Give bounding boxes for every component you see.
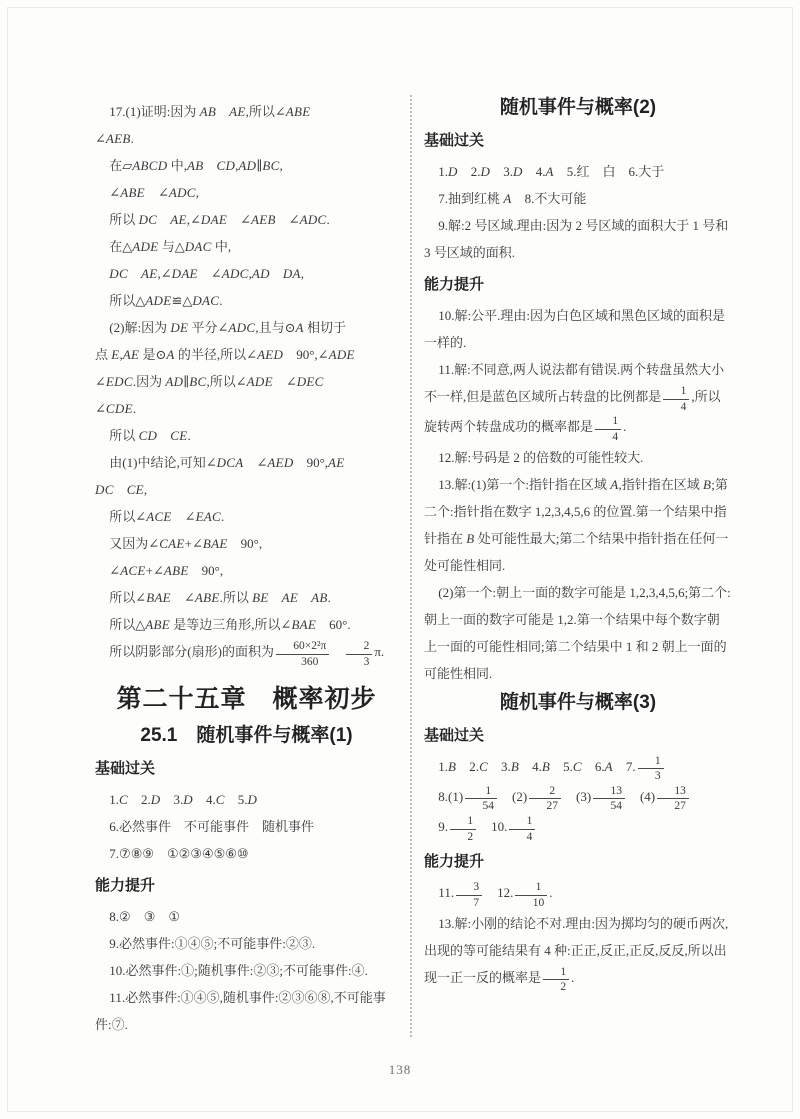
section-heading-25-1: 25.1 随机事件与概率(1) <box>95 724 398 748</box>
answer-line: 12.解:号码是 2 的倍数的可能性较大. <box>424 444 732 471</box>
fraction: 14 <box>595 415 621 443</box>
answer-line: 点 E,AE 是⊙A 的半径,所以∠AED 90°,∠ADE <box>95 341 398 368</box>
answer-book-page: 17.(1)证明:因为 AB AE,所以∠ABE∠AEB.在▱ABCD 中,AB… <box>0 0 800 1119</box>
page-number: 138 <box>0 1062 800 1078</box>
answer-line: 由(1)中结论,可知∠DCA ∠AED 90°,AE <box>95 449 398 476</box>
basic-answers-prob-2: 1.D 2.D 3.D 4.A 5.红 白 6.大于7.抽到红桃 A 8.不大可… <box>424 158 732 266</box>
basic-answers-25-1: 1.C 2.D 3.D 4.C 5.D6.必然事件 不可能事件 随机事件7.⑦⑧… <box>95 786 398 867</box>
answer-line: 在△ADE 与△DAC 中, <box>95 233 398 260</box>
answer-line: 所以∠ACE ∠EAC. <box>95 503 398 530</box>
answer-line: 1.D 2.D 3.D 4.A 5.红 白 6.大于 <box>424 158 732 185</box>
answer-line: ∠EDC.因为 AD∥BC,所以∠ADE ∠DEC <box>95 368 398 395</box>
fraction: 60×2²π360 <box>276 640 329 668</box>
fraction: 110 <box>515 881 547 909</box>
section-heading-prob-3: 随机事件与概率(3) <box>424 691 732 715</box>
answer-line: 所以阴影部分(扇形)的面积为60×2²π360 23π. <box>95 638 398 668</box>
answer-line: 10.解:公平.理由:因为白色区域和黑色区域的面积是一样的. <box>424 302 732 356</box>
column-divider <box>410 95 412 1037</box>
answer-line: 8.(1)154 (2)227 (3)1354 (4)1327 <box>424 783 732 813</box>
answer-line: 17.(1)证明:因为 AB AE,所以∠ABE <box>95 98 398 125</box>
ability-answers-25-1: 8.② ③ ①9.必然事件:①④⑤;不可能事件:②③.10.必然事件:①;随机事… <box>95 903 398 1038</box>
answer-line: 13.解:小刚的结论不对.理由:因为掷均匀的硬币两次,出现的等可能结果有 4 种… <box>424 910 732 994</box>
answer-line: (2)解:因为 DE 平分∠ADC,且与⊙A 相切于 <box>95 314 398 341</box>
answer-line: 11.37 12.110. <box>424 879 732 909</box>
answer-line: 所以△ADE≌△DAC. <box>95 287 398 314</box>
fraction: 12 <box>450 815 476 843</box>
ability-answers-prob-3: 11.37 12.110.13.解:小刚的结论不对.理由:因为掷均匀的硬币两次,… <box>424 879 732 994</box>
answer-line: ∠ACE+∠ABE 90°, <box>95 557 398 584</box>
ability-boost-heading: 能力提升 <box>95 875 398 897</box>
section-heading-prob-2: 随机事件与概率(2) <box>424 96 732 120</box>
answer-line: 9.12 10.14 <box>424 813 732 843</box>
answer-line: 13.解:(1)第一个:指针指在区域 A,指针指在区域 B;第二个:指针指在数字… <box>424 471 732 579</box>
fraction: 12 <box>543 966 569 994</box>
answer-line: 11.必然事件:①④⑤,随机事件:②③⑥⑧,不可能事件:⑦. <box>95 984 398 1038</box>
fraction: 13 <box>638 755 664 783</box>
answer-line: ∠CDE. <box>95 395 398 422</box>
answer-line: ∠AEB. <box>95 125 398 152</box>
answer-line: 9.解:2 号区域.理由:因为 2 号区域的面积大于 1 号和 3 号区域的面积… <box>424 212 732 266</box>
answer-line: 9.必然事件:①④⑤;不可能事件:②③. <box>95 930 398 957</box>
basic-pass-heading-2: 基础过关 <box>424 130 732 152</box>
answer-line: ∠ABE ∠ADC, <box>95 179 398 206</box>
ability-answers-prob-2: 10.解:公平.理由:因为白色区域和黑色区域的面积是一样的.11.解:不同意,两… <box>424 302 732 687</box>
chapter-heading: 第二十五章 概率初步 <box>95 684 398 714</box>
answer-line: 所以 DC AE,∠DAE ∠AEB ∠ADC. <box>95 206 398 233</box>
answer-line: 1.C 2.D 3.D 4.C 5.D <box>95 786 398 813</box>
answer-line: 6.必然事件 不可能事件 随机事件 <box>95 813 398 840</box>
ability-boost-heading-2: 能力提升 <box>424 274 732 296</box>
answer-line: 11.解:不同意,两人说法都有错误.两个转盘虽然大小不一样,但是蓝色区域所占转盘… <box>424 356 732 444</box>
basic-pass-heading: 基础过关 <box>95 758 398 780</box>
fraction: 227 <box>529 785 561 813</box>
fraction: 1327 <box>657 785 689 813</box>
fraction: 154 <box>465 785 497 813</box>
fraction: 23 <box>346 640 372 668</box>
answer-line: DC AE,∠DAE ∠ADC,AD DA, <box>95 260 398 287</box>
fraction: 14 <box>509 815 535 843</box>
answer-line: 所以△ABE 是等边三角形,所以∠BAE 60°. <box>95 611 398 638</box>
answer-line: 8.② ③ ① <box>95 903 398 930</box>
fraction: 37 <box>456 881 482 909</box>
answer-line: DC CE, <box>95 476 398 503</box>
basic-pass-heading-3: 基础过关 <box>424 725 732 747</box>
answer-line: 7.⑦⑧⑨ ①②③④⑤⑥⑩ <box>95 840 398 867</box>
answer-line: 所以∠BAE ∠ABE.所以 BE AE AB. <box>95 584 398 611</box>
right-column: 随机事件与概率(2) 基础过关 1.D 2.D 3.D 4.A 5.红 白 6.… <box>424 92 732 994</box>
fraction: 14 <box>663 385 689 413</box>
answer-line: 在▱ABCD 中,AB CD,AD∥BC, <box>95 152 398 179</box>
answer-line: 7.抽到红桃 A 8.不大可能 <box>424 185 732 212</box>
answer-line: 10.必然事件:①;随机事件:②③;不可能事件:④. <box>95 957 398 984</box>
left-column: 17.(1)证明:因为 AB AE,所以∠ABE∠AEB.在▱ABCD 中,AB… <box>95 98 398 1038</box>
problem-17-solution: 17.(1)证明:因为 AB AE,所以∠ABE∠AEB.在▱ABCD 中,AB… <box>95 98 398 668</box>
answer-line: 1.B 2.C 3.B 4.B 5.C 6.A 7.13 <box>424 753 732 783</box>
fraction: 1354 <box>593 785 625 813</box>
answer-line: 所以 CD CE. <box>95 422 398 449</box>
answer-line: 又因为∠CAE+∠BAE 90°, <box>95 530 398 557</box>
answer-line: (2)第一个:朝上一面的数字可能是 1,2,3,4,5,6;第二个:朝上一面的数… <box>424 579 732 687</box>
ability-boost-heading-3: 能力提升 <box>424 851 732 873</box>
basic-answers-prob-3: 1.B 2.C 3.B 4.B 5.C 6.A 7.138.(1)154 (2)… <box>424 753 732 844</box>
